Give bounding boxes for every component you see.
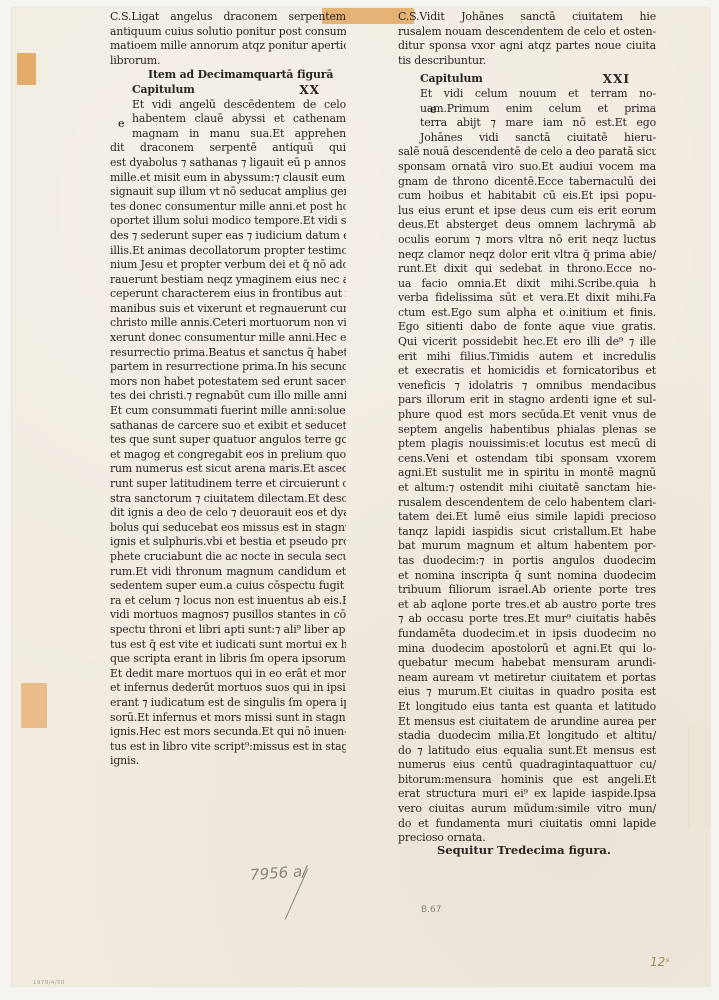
text-line: mors non habet potestatem sed erunt sace…	[110, 375, 346, 390]
right-summary: C.S.Vidit Johānes sanctā ciuitatem hieru…	[398, 10, 656, 68]
accession-stamp: 1979/4/50	[33, 980, 65, 986]
summary-line: antiquum cuius solutio ponitur post cons…	[110, 25, 346, 40]
text-line: Et longitudo eius tanta est quanta et la…	[398, 700, 656, 715]
text-line: tus est in libro vite script⁹:missus est…	[110, 740, 346, 755]
left-body: Et vidi angelū descēdentem de celohabent…	[110, 98, 346, 769]
text-line: et magog et congregabit eos in prelium q…	[110, 448, 346, 463]
text-line: spectu throni et libri apti sunt:⁊ ali⁹ …	[110, 623, 346, 638]
summary-line: rusalem nouam descendentem de celo et os…	[398, 25, 656, 40]
text-line: eius ⁊ murum.Et ciuitas in quadro posita…	[398, 685, 656, 700]
text-line: partem in resurrectione prima.In his sec…	[110, 360, 346, 375]
text-line: dit draconem serpentē antiquū qui	[110, 141, 346, 156]
text-line: uam.Primum enim celum et prima	[398, 102, 656, 117]
text-line: phure quod est mors secūda.Et venit vnus…	[398, 408, 656, 423]
text-line: rusalem descendentem de celo habentem cl…	[398, 496, 656, 511]
hinge-strip-right	[688, 727, 711, 827]
text-line: tatem dei.Et lumē eius simile lapidi pre…	[398, 510, 656, 525]
text-line: tanqz lapidi iaspidis sicut cristallum.E…	[398, 525, 656, 540]
text-line: des ⁊ sederunt super eas ⁊ iudicium datu…	[110, 229, 346, 244]
text-line: ignis.	[110, 754, 346, 769]
text-line: ptem plagis nouissimis:et locutus est me…	[398, 437, 656, 452]
text-line: signauit sup illum vt nō seducat amplius…	[110, 185, 346, 200]
text-line: que scripta erant in libris ſm opera ips…	[110, 652, 346, 667]
text-line: bolus qui seducebat eos missus est in st…	[110, 521, 346, 536]
text-line: Et dedit mare mortuos qui in eo erāt et …	[110, 667, 346, 682]
marginal-letter-left: e	[118, 117, 125, 130]
text-line: xerunt donec consumentur mille anni.Hec …	[110, 331, 346, 346]
text-line: agni.Et sustulit me in spiritu in montē …	[398, 466, 656, 481]
text-line: et altum:⁊ ostendit mihi ciuitatē sancta…	[398, 481, 656, 496]
chapter-heading-left: Capitulum XX	[110, 83, 346, 98]
text-line: quebatur mecum habebat mensuram arundi-	[398, 656, 656, 671]
chapter-label: Capitulum	[420, 72, 483, 87]
text-line: erit mihi filius.Timidis autem et incred…	[398, 350, 656, 365]
shelf-mark-annotation: B.67	[421, 905, 442, 915]
text-line: lus eius erunt et ipse deus cum eis erit…	[398, 204, 656, 219]
left-column: C.S.Ligat angelus draconem serpentemanti…	[110, 10, 346, 769]
text-line: Et vidi angelū descēdentem de celo	[110, 98, 346, 113]
text-line: pars illorum erit in stagno ardenti igne…	[398, 393, 656, 408]
text-line: mina duodecim apostolorū et agni.Et qui …	[398, 642, 656, 657]
text-line: sorū.Et infernus et mors missi sunt in s…	[110, 711, 346, 726]
text-line: runt super latitudinem terre et circuier…	[110, 477, 346, 492]
summary-line: librorum.	[110, 54, 346, 69]
text-line: sponsam ornatā viro suo.Et audiui vocem …	[398, 160, 656, 175]
text-line: tes que sunt super quatuor angulos terre…	[110, 433, 346, 448]
text-line: ignis et sulphuris.vbi et bestia et pseu…	[110, 535, 346, 550]
text-line: et ab aqlone porte tres.et ab austro por…	[398, 598, 656, 613]
text-line: manibus suis et vixerunt et regnauerunt …	[110, 302, 346, 317]
text-line: Ego sitienti dabo de fonte aque viue gra…	[398, 320, 656, 335]
text-line: oculis eorum ⁊ mors vltra nō erit neqz l…	[398, 233, 656, 248]
text-line: erant ⁊ iudicatum est de singulis ſm ope…	[110, 696, 346, 711]
chapter-label: Capitulum	[132, 83, 195, 98]
text-line: tas duodecim:⁊ in portis angulos duodeci…	[398, 554, 656, 569]
text-line: do et fundamenta muri ciuitatis omni lap…	[398, 817, 656, 832]
text-line: tes dei christi.⁊ regnabūt cum illo mill…	[110, 389, 346, 404]
text-line: habentem clauē abyssi et cathenam	[110, 112, 346, 127]
figure-heading: Item ad Decimamquartā figurā	[110, 68, 346, 83]
text-line: veneficis ⁊ idolatris ⁊ omnibus mendacib…	[398, 379, 656, 394]
text-line: gnam de throno dicentē.Ecce tabernaculū …	[398, 175, 656, 190]
text-line: tes donec consumentur mille anni.et post…	[110, 200, 346, 215]
text-line: stra sanctorum ⁊ ciuitatem dilectam.Et d…	[110, 492, 346, 507]
text-line: fundamēta duodecim.et in ipsis duodecim …	[398, 627, 656, 642]
text-line: ra et celum ⁊ locus non est inuentus ab …	[110, 594, 346, 609]
text-line: Et cum consummati fuerint mille anni:sol…	[110, 404, 346, 419]
chapter-number: XXI	[603, 72, 630, 87]
text-line: cens.Veni et ostendam tibi sponsam vxore…	[398, 452, 656, 467]
text-line: ua facio omnia.Et dixit mihi.Scribe.quia…	[398, 277, 656, 292]
text-line: Johānes vidi sanctā ciuitatē hieru-	[398, 131, 656, 146]
text-line: neam auream vt metiretur ciuitatem et po…	[398, 671, 656, 686]
text-line: resurrectio prima.Beatus et sanctus q̄ h…	[110, 346, 346, 361]
text-line: bat murum magnum et altum habentem por-	[398, 539, 656, 554]
text-line: ignis.Hec est mors secunda.Et qui nō inu…	[110, 725, 346, 740]
text-line: et execratis et homicidis et fornicatori…	[398, 364, 656, 379]
text-line: magnam in manu sua.Et apprehen	[110, 127, 346, 142]
text-line: mille.et misit eum in abyssum:⁊ clausit …	[110, 171, 346, 186]
tape-strip-left-lower	[21, 683, 47, 728]
marginal-letter-right: e	[430, 103, 437, 116]
text-line: et infernus dederūt mortuos suos qui in …	[110, 681, 346, 696]
text-line: vidi mortuos magnos⁊ pusillos stantes in…	[110, 608, 346, 623]
text-line: rum.Et vidi thronum magnum candidum et	[110, 565, 346, 580]
text-line: Qui vicerit possidebit hec.Et ero illi d…	[398, 335, 656, 350]
text-line: stadia duodecim milia.Et longitudo et al…	[398, 729, 656, 744]
chapter-heading-right: Capitulum XXI	[398, 72, 656, 87]
folio-number-annotation: 12ˢ	[650, 955, 670, 969]
text-line: bitorum:mensura hominis que est angeli.E…	[398, 773, 656, 788]
summary-line: ditur sponsa vxor agni atqz partes noue …	[398, 39, 656, 54]
text-line: erat structura muri ei⁹ ex lapide iaspid…	[398, 787, 656, 802]
text-line: tribuum filiorum israel.Ab oriente porte…	[398, 583, 656, 598]
text-line: salē nouā descendentē de celo a deo para…	[398, 145, 656, 160]
text-line: cum hoibus et habitabit cū eis.Et ipsi p…	[398, 189, 656, 204]
text-line: verba fidelissima sūt et vera.Et dixit m…	[398, 291, 656, 306]
text-line: neqz clamor neqz dolor erit vltra q̄ pri…	[398, 248, 656, 263]
text-line: illis.Et animas decollatorum propter tes…	[110, 244, 346, 259]
text-line: nium Jesu et propter verbum dei et q̄ nō…	[110, 258, 346, 273]
right-column: C.S.Vidit Johānes sanctā ciuitatem hieru…	[398, 10, 656, 846]
summary-line: C.S.Ligat angelus draconem serpentem	[110, 10, 346, 25]
text-line: sedentem super eum.a cuius cōspectu fugi…	[110, 579, 346, 594]
text-line: christo mille annis.Ceteri mortuorum non…	[110, 316, 346, 331]
text-line: sathanas de carcere suo et exibit et sed…	[110, 419, 346, 434]
text-line: ceperunt characterem eius in frontibus a…	[110, 287, 346, 302]
right-body: Et vidi celum nouum et terram no-uam.Pri…	[398, 87, 656, 846]
tape-strip-left-upper	[17, 53, 36, 85]
text-line: ⁊ ab occasu porte tres.Et mur⁹ ciuitatis…	[398, 612, 656, 627]
text-line: phete cruciabunt die ac nocte in secula …	[110, 550, 346, 565]
text-line: tus est q̄ est vite et iudicati sunt mor…	[110, 638, 346, 653]
text-line: est dyabolus ⁊ sathanas ⁊ ligauit eū p a…	[110, 156, 346, 171]
closing-line: Sequitur Tredecima figura.	[437, 843, 611, 857]
summary-line: tis describuntur.	[398, 54, 656, 69]
text-line: do ⁊ latitudo eius equalia sunt.Et mensu…	[398, 744, 656, 759]
left-summary: C.S.Ligat angelus draconem serpentemanti…	[110, 10, 346, 68]
text-line: Et vidi celum nouum et terram no-	[398, 87, 656, 102]
text-line: et nomina inscripta q̄ sunt nomina duode…	[398, 569, 656, 584]
chapter-number: XX	[299, 83, 320, 98]
summary-line: C.S.Vidit Johānes sanctā ciuitatem hie	[398, 10, 656, 25]
text-line: oportet illum solui modico tempore.Et vi…	[110, 214, 346, 229]
text-line: terra abijt ⁊ mare iam nō est.Et ego	[398, 116, 656, 131]
summary-line: matioem mille annorum atqz ponitur apert…	[110, 39, 346, 54]
text-line: numerus eius centū quadragintaquattuor c…	[398, 758, 656, 773]
text-line: rauerunt bestiam neqz ymaginem eius nec …	[110, 273, 346, 288]
text-line: runt.Et dixit qui sedebat in throno.Ecce…	[398, 262, 656, 277]
text-line: deus.Et absterget deus omnem lachrymā ab	[398, 218, 656, 233]
text-line: vero ciuitas aurum mūdum:simile vitro mu…	[398, 802, 656, 817]
text-line: Et mensus est ciuitatem de arundine aure…	[398, 715, 656, 730]
text-line: rum numerus est sicut arena maris.Et asc…	[110, 462, 346, 477]
text-line: dit ignis a deo de celo ⁊ deuorauit eos …	[110, 506, 346, 521]
text-line: septem angelis habentibus phialas plenas…	[398, 423, 656, 438]
text-line: ctum est.Ego sum alpha et o.initium et f…	[398, 306, 656, 321]
